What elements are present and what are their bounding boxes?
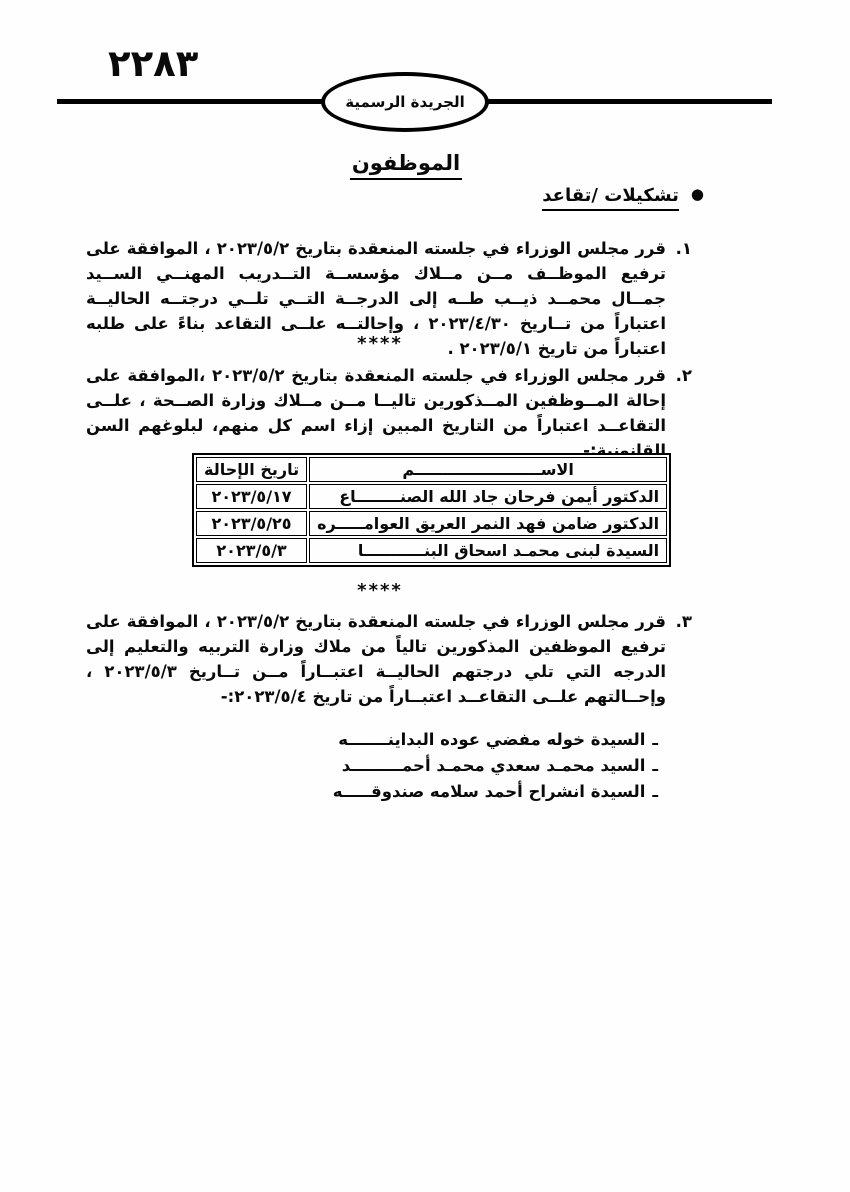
cell-date: ٢٠٢٣/٥/٢٥ bbox=[196, 511, 307, 536]
stars-separator: **** bbox=[88, 333, 672, 354]
retiree-names-list: ـالسيدة خوله مفضي عوده البداينـــــــه ـ… bbox=[333, 727, 658, 805]
page-number: ٢٢٨٣ bbox=[108, 42, 198, 85]
stars-separator: **** bbox=[88, 580, 672, 601]
gazette-name: الجريدة الرسمية bbox=[345, 93, 464, 111]
decision-text: قرر مجلس الوزراء في جلسته المنعقدة بتاري… bbox=[86, 363, 666, 463]
decision-item-3: ٣. قرر مجلس الوزراء في جلسته المنعقدة بت… bbox=[86, 609, 692, 709]
list-item: ـالسيد محمـد سعدي محمـد أحمـــــــــد bbox=[333, 753, 658, 779]
section-heading: ●تشكيلات /تقاعد bbox=[542, 185, 704, 211]
decision-number: ٣. bbox=[666, 609, 692, 709]
column-header-name: الاســـــــــــــــــــــــم bbox=[309, 457, 667, 482]
decision-text: قرر مجلس الوزراء في جلسته المنعقدة بتاري… bbox=[86, 609, 666, 709]
retirement-table: الاســـــــــــــــــــــــم تاريخ الإحا… bbox=[192, 453, 671, 567]
page-title: الموظفون bbox=[0, 151, 812, 180]
decision-number: ٢. bbox=[666, 363, 692, 463]
cell-date: ٢٠٢٣/٥/١٧ bbox=[196, 484, 307, 509]
table-header-row: الاســـــــــــــــــــــــم تاريخ الإحا… bbox=[196, 457, 667, 482]
table-row: الدكتور أيمن فرحان جاد الله الصنــــــــ… bbox=[196, 484, 667, 509]
list-item: ـالسيدة خوله مفضي عوده البداينـــــــه bbox=[333, 727, 658, 753]
section-heading-text: تشكيلات /تقاعد bbox=[542, 185, 679, 211]
column-header-date: تاريخ الإحالة bbox=[196, 457, 307, 482]
cell-name: السيدة لبنى محمـد اسحاق البنـــــــــــا bbox=[309, 538, 667, 563]
table-row: السيدة لبنى محمـد اسحاق البنـــــــــــا… bbox=[196, 538, 667, 563]
table-row: الدكتور ضامن فهد النمر العريق العوامــــ… bbox=[196, 511, 667, 536]
cell-date: ٢٠٢٣/٥/٣ bbox=[196, 538, 307, 563]
page-title-text: الموظفون bbox=[350, 151, 462, 180]
bullet-icon: ● bbox=[691, 185, 704, 203]
cell-name: الدكتور أيمن فرحان جاد الله الصنــــــــ… bbox=[309, 484, 667, 509]
cell-name: الدكتور ضامن فهد النمر العريق العوامــــ… bbox=[309, 511, 667, 536]
retiree-name: السيدة خوله مفضي عوده البداينـــــــه bbox=[338, 730, 645, 749]
retiree-name: السيدة انشراح أحمد سلامه صندوقـــــه bbox=[333, 782, 646, 801]
gazette-page: ٢٢٨٣ الجريدة الرسمية الموظفون ●تشكيلات /… bbox=[0, 0, 850, 1192]
list-item: ـالسيدة انشراح أحمد سلامه صندوقـــــه bbox=[333, 779, 658, 805]
retiree-name: السيد محمـد سعدي محمـد أحمـــــــــد bbox=[342, 756, 646, 775]
decision-item-2: ٢. قرر مجلس الوزراء في جلسته المنعقدة بت… bbox=[86, 363, 692, 463]
gazette-name-oval: الجريدة الرسمية bbox=[321, 72, 489, 132]
dash-marker: ـ bbox=[652, 753, 658, 779]
dash-marker: ـ bbox=[652, 779, 658, 805]
dash-marker: ـ bbox=[652, 727, 658, 753]
